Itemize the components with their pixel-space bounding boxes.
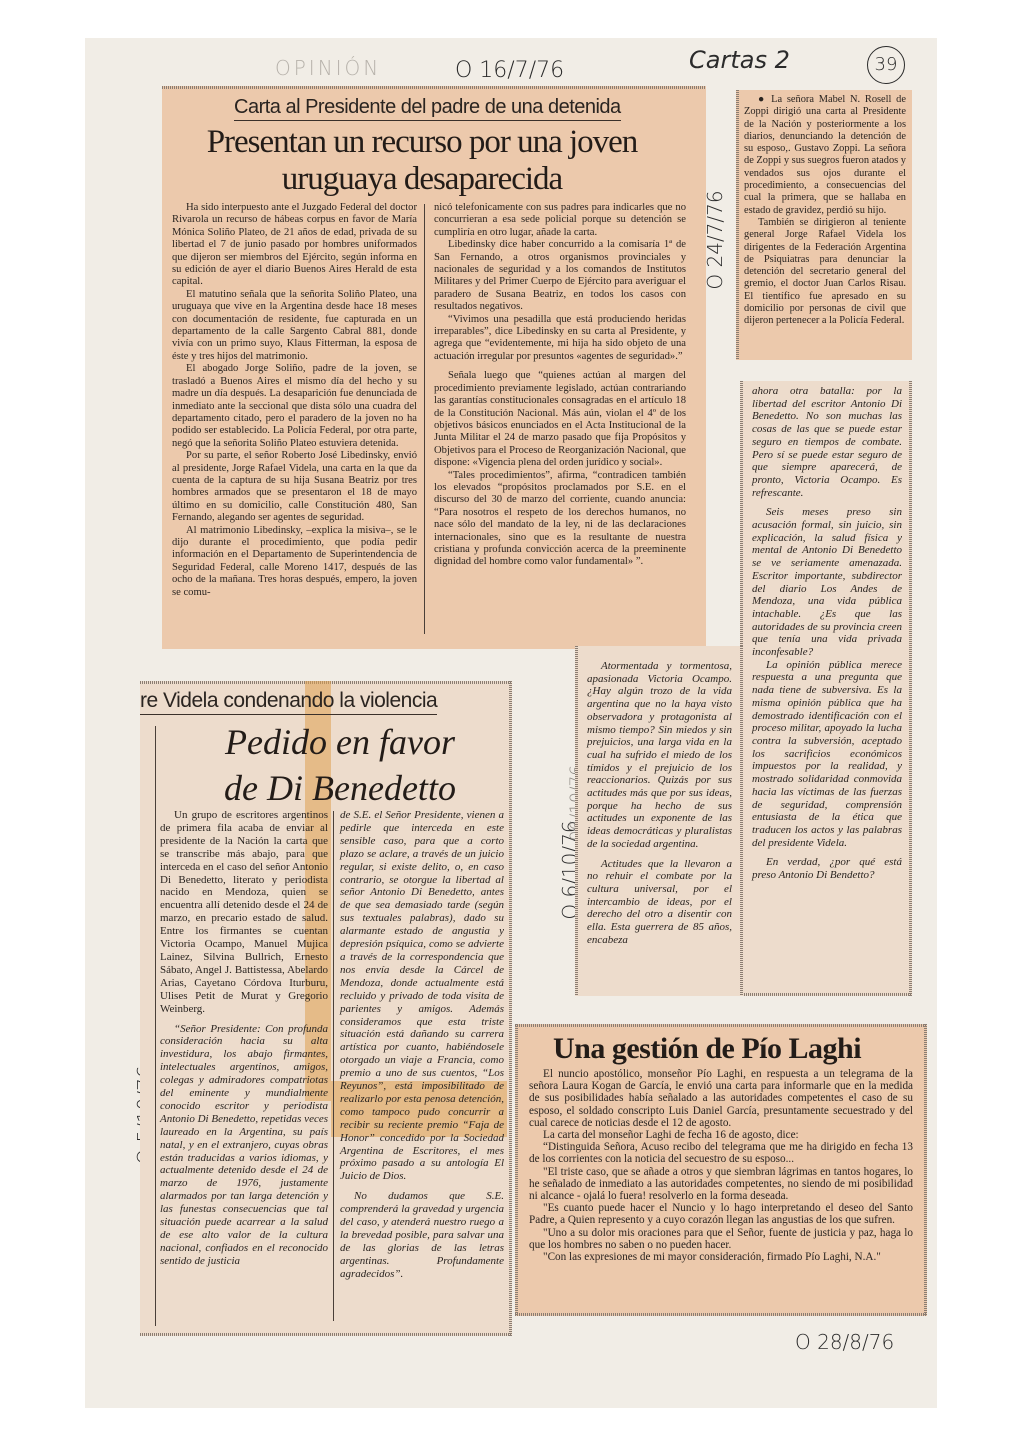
- date-rosell: O 24/7/76: [703, 185, 727, 295]
- clipping-rosell: ● La señora Mabel N. Rosell de Zoppi dir…: [736, 90, 912, 360]
- column-ocampo-continued: ahora otra batalla: por la libertad del …: [752, 385, 902, 882]
- page-number: 39: [867, 46, 905, 84]
- headline-benedetto: Pedido en favor de Di Benedetto: [190, 719, 490, 811]
- column-laghi: El nuncio apostólico, monseñor Pío Laghi…: [529, 1068, 913, 1263]
- paragraph: "Uno a su dolor mis oraciones para que e…: [529, 1227, 913, 1251]
- clipping-benedetto: re Videla condenando la violencia Pedido…: [140, 681, 512, 1336]
- paragraph: Ha sido interpuesto ante el Juzgado Fede…: [172, 202, 417, 289]
- clipping-ocampo: Atormentada y tormentosa, apasionada Vic…: [575, 646, 743, 996]
- column-uruguaya-2: nicó telefonicamente con sus padres para…: [434, 202, 686, 569]
- headline-uruguaya: Presentan un recurso por una joven urugu…: [202, 124, 642, 198]
- column-benedetto-1: Un grupo de escritores argentinos de pri…: [160, 809, 328, 1268]
- paragraph: "Con las expresiones de mi mayor conside…: [529, 1251, 913, 1263]
- faint-stamp: OPINIÓN: [275, 56, 381, 80]
- paragraph: "Es cuanto puede hacer el Nuncio y lo ha…: [529, 1202, 913, 1226]
- date-laghi: O 28/8/76: [795, 1330, 894, 1354]
- kicker-uruguaya: Carta al Presidente del padre de una det…: [234, 96, 621, 121]
- paragraph: Atormentada y tormentosa, apasionada Vic…: [587, 660, 732, 851]
- column-divider: [155, 726, 156, 1326]
- paragraph: “Tales procedimientos”, afirma, “contrad…: [434, 470, 686, 569]
- paragraph: El matutino señala que la señorita Soliñ…: [172, 289, 417, 363]
- paragraph: La carta del monseñor Laghi de fecha 16 …: [529, 1129, 913, 1141]
- paragraph: El abogado Jorge Soliño, padre de la jov…: [172, 363, 417, 450]
- paragraph: También se dirigieron al teniente genera…: [744, 217, 906, 328]
- paragraph: “Vivimos una pesadilla que está producie…: [434, 314, 686, 364]
- clipping-ocampo-continued: ahora otra batalla: por la libertad del …: [740, 381, 912, 996]
- column-ocampo: Atormentada y tormentosa, apasionada Vic…: [587, 660, 732, 946]
- headline-line: de Di Benedetto: [190, 765, 490, 811]
- paragraph: Al matrimonio Libedinsky, –explica la mi…: [172, 525, 417, 599]
- paragraph: Libedinsky dice haber concurrido a la co…: [434, 239, 686, 313]
- clipping-laghi: Una gestión de Pío Laghi El nuncio apost…: [515, 1024, 927, 1316]
- paragraph: ● La señora Mabel N. Rosell de Zoppi dir…: [744, 94, 906, 217]
- paragraph: Seis meses preso sin acusación formal, s…: [752, 506, 902, 658]
- paragraph: ahora otra batalla: por la libertad del …: [752, 385, 902, 499]
- paragraph: El nuncio apostólico, monseñor Pío Laghi…: [529, 1068, 913, 1129]
- headline-line: Pedido en favor: [190, 719, 490, 765]
- column-divider: [333, 811, 334, 1321]
- column-divider: [424, 204, 425, 634]
- column-uruguaya-1: Ha sido interpuesto ante el Juzgado Fede…: [172, 202, 417, 599]
- column-benedetto-2: de S.E. el Señor Presidente, vienen a pe…: [340, 809, 504, 1281]
- paragraph: de S.E. el Señor Presidente, vienen a pe…: [340, 809, 504, 1183]
- headline-laghi: Una gestión de Pío Laghi: [553, 1030, 913, 1067]
- paragraph: Señala luego que “quienes actúan al marg…: [434, 370, 686, 469]
- paragraph: “Distinguida Señora, Acuso recibo del te…: [529, 1141, 913, 1165]
- scrapbook-page: OPINIÓN O 16/7/76 Cartas 2 39 O 24/7/76 …: [85, 38, 937, 1408]
- paragraph: No dudamos que S.E. comprenderá la grave…: [340, 1190, 504, 1280]
- header-date: O 16/7/76: [455, 58, 564, 83]
- clipping-uruguaya: Carta al Presidente del padre de una det…: [162, 86, 706, 649]
- paragraph: Un grupo de escritores argentinos de pri…: [160, 809, 328, 1016]
- paragraph: Actitudes que la llevaron a no rehuir el…: [587, 858, 732, 947]
- paragraph: En verdad, ¿por qué está preso Antonio D…: [752, 856, 902, 881]
- paragraph: nicó telefonicamente con sus padres para…: [434, 202, 686, 239]
- paragraph: “Señor Presidente: Con profunda consider…: [160, 1023, 328, 1268]
- header-label: Cartas 2: [689, 46, 790, 74]
- column-rosell: ● La señora Mabel N. Rosell de Zoppi dir…: [744, 94, 906, 328]
- paragraph: "El triste caso, que se añade a otros y …: [529, 1166, 913, 1203]
- paragraph: Por su parte, el señor Roberto José Libe…: [172, 450, 417, 524]
- kicker-benedetto: re Videla condenando la violencia: [140, 689, 437, 715]
- paragraph: La opinión pública merece respuesta a un…: [752, 659, 902, 850]
